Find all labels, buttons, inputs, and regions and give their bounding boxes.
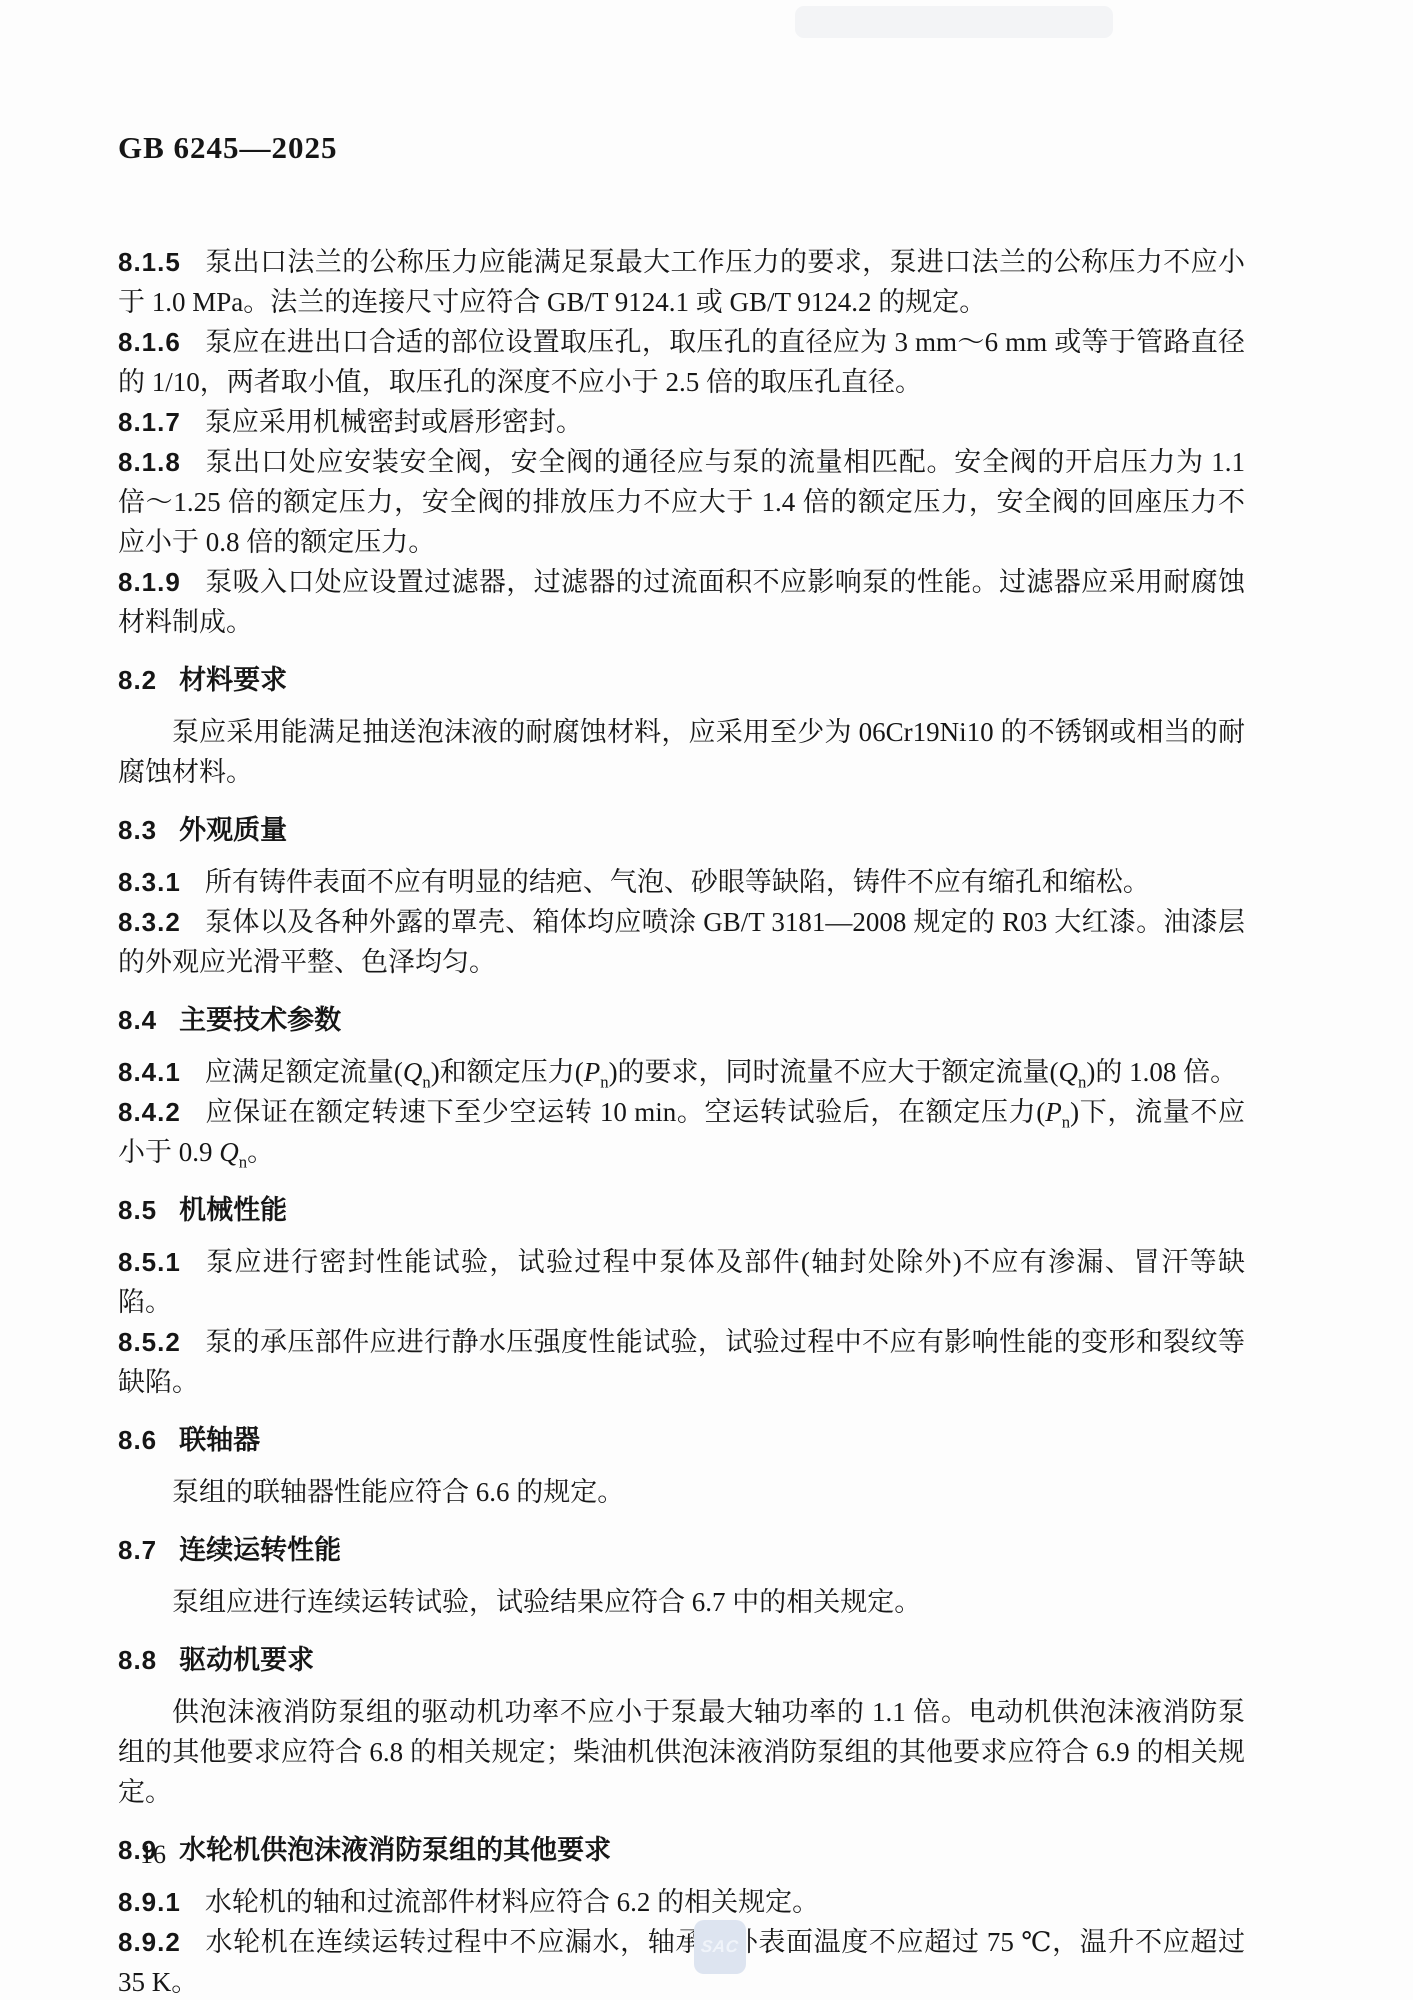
clause-text: 水轮机在连续运转过程中不应漏水，轴承座外表面温度不应超过 75 ℃，温升不应超过… — [118, 1927, 1245, 1997]
sac-watermark-logo: SAC — [694, 1920, 746, 1974]
clause-8.9.2: 8.9.2水轮机在连续运转过程中不应漏水，轴承座外表面温度不应超过 75 ℃，温… — [118, 1922, 1245, 2000]
section-heading-8.8: 8.8驱动机要求 — [118, 1640, 1245, 1680]
section-number: 8.2 — [118, 665, 157, 695]
section-number: 8.6 — [118, 1425, 157, 1455]
body-paragraph: 泵应采用能满足抽送泡沫液的耐腐蚀材料，应采用至少为 06Cr19Ni10 的不锈… — [118, 712, 1245, 792]
body-paragraph: 泵组的联轴器性能应符合 6.6 的规定。 — [118, 1472, 1245, 1512]
clause-text: 水轮机的轴和过流部件材料应符合 6.2 的相关规定。 — [205, 1887, 819, 1917]
section-heading-8.3: 8.3外观质量 — [118, 810, 1245, 850]
clause-8.1.5: 8.1.5泵出口法兰的公称压力应能满足泵最大工作压力的要求，泵进口法兰的公称压力… — [118, 242, 1245, 322]
clause-number: 8.1.5 — [118, 247, 181, 277]
clause-number: 8.5.2 — [118, 1327, 181, 1357]
section-title: 连续运转性能 — [179, 1535, 341, 1565]
section-title: 联轴器 — [179, 1425, 260, 1455]
section-number: 8.3 — [118, 815, 157, 845]
section-number: 8.4 — [118, 1005, 157, 1035]
clause-8.3.2: 8.3.2泵体以及各种外露的罩壳、箱体均应喷涂 GB/T 3181—2008 规… — [118, 902, 1245, 982]
clause-8.5.1: 8.5.1泵应进行密封性能试验，试验过程中泵体及部件(轴封处除外)不应有渗漏、冒… — [118, 1242, 1245, 1322]
section-title: 驱动机要求 — [179, 1645, 314, 1675]
clause-number: 8.9.1 — [118, 1887, 181, 1917]
clause-number: 8.1.8 — [118, 447, 181, 477]
section-heading-8.6: 8.6联轴器 — [118, 1420, 1245, 1460]
section-number: 8.8 — [118, 1645, 157, 1675]
clause-text: 泵体以及各种外露的罩壳、箱体均应喷涂 GB/T 3181—2008 规定的 R0… — [118, 907, 1245, 977]
clause-text: 所有铸件表面不应有明显的结疤、气泡、砂眼等缺陷，铸件不应有缩孔和缩松。 — [205, 867, 1150, 897]
clause-number: 8.4.1 — [118, 1057, 181, 1087]
body-paragraph: 泵组应进行连续运转试验，试验结果应符合 6.7 中的相关规定。 — [118, 1582, 1245, 1622]
clause-number: 8.1.7 — [118, 407, 181, 437]
clause-number: 8.5.1 — [118, 1247, 181, 1277]
clause-8.9.1: 8.9.1水轮机的轴和过流部件材料应符合 6.2 的相关规定。 — [118, 1882, 1245, 1922]
section-heading-8.7: 8.7连续运转性能 — [118, 1530, 1245, 1570]
body-paragraph: 供泡沫液消防泵组的驱动机功率不应小于泵最大轴功率的 1.1 倍。电动机供泡沫液消… — [118, 1692, 1245, 1812]
page-number: 16 — [140, 1840, 166, 1870]
section-title: 水轮机供泡沫液消防泵组的其他要求 — [179, 1835, 611, 1865]
section-heading-8.9: 8.9水轮机供泡沫液消防泵组的其他要求 — [118, 1830, 1245, 1870]
clause-text: 泵应进行密封性能试验，试验过程中泵体及部件(轴封处除外)不应有渗漏、冒汗等缺陷。 — [118, 1247, 1245, 1317]
section-heading-8.4: 8.4主要技术参数 — [118, 1000, 1245, 1040]
clause-8.3.1: 8.3.1所有铸件表面不应有明显的结疤、气泡、砂眼等缺陷，铸件不应有缩孔和缩松。 — [118, 862, 1245, 902]
clause-number: 8.1.9 — [118, 567, 181, 597]
clause-text: 应保证在额定转速下至少空运转 10 min。空运转试验后，在额定压力(Pn)下，… — [118, 1097, 1245, 1167]
clause-8.1.9: 8.1.9泵吸入口处应设置过滤器，过滤器的过流面积不应影响泵的性能。过滤器应采用… — [118, 562, 1245, 642]
clause-number: 8.1.6 — [118, 327, 181, 357]
clause-8.4.1: 8.4.1应满足额定流量(Qn)和额定压力(Pn)的要求，同时流量不应大于额定流… — [118, 1052, 1245, 1092]
section-heading-8.2: 8.2材料要求 — [118, 660, 1245, 700]
clause-text: 泵吸入口处应设置过滤器，过滤器的过流面积不应影响泵的性能。过滤器应采用耐腐蚀材料… — [118, 567, 1245, 637]
section-title: 外观质量 — [179, 815, 287, 845]
clause-number: 8.3.1 — [118, 867, 181, 897]
clause-text: 泵应采用机械密封或唇形密封。 — [205, 407, 583, 437]
document-content: GB 6245—2025 8.1.5泵出口法兰的公称压力应能满足泵最大工作压力的… — [118, 130, 1245, 2000]
clause-8.4.2: 8.4.2应保证在额定转速下至少空运转 10 min。空运转试验后，在额定压力(… — [118, 1092, 1245, 1172]
watermark-text: SAC — [700, 1937, 740, 1957]
document-body: 8.1.5泵出口法兰的公称压力应能满足泵最大工作压力的要求，泵进口法兰的公称压力… — [118, 242, 1245, 2000]
clause-text: 泵的承压部件应进行静水压强度性能试验，试验过程中不应有影响性能的变形和裂纹等缺陷… — [118, 1327, 1245, 1397]
section-number: 8.7 — [118, 1535, 157, 1565]
clause-8.1.6: 8.1.6泵应在进出口合适的部位设置取压孔，取压孔的直径应为 3 mm～6 mm… — [118, 322, 1245, 402]
clause-8.1.8: 8.1.8泵出口处应安装安全阀，安全阀的通径应与泵的流量相匹配。安全阀的开启压力… — [118, 442, 1245, 562]
clause-number: 8.3.2 — [118, 907, 181, 937]
clause-number: 8.9.2 — [118, 1927, 181, 1957]
section-heading-8.5: 8.5机械性能 — [118, 1190, 1245, 1230]
section-number: 8.5 — [118, 1195, 157, 1225]
clause-text: 泵出口法兰的公称压力应能满足泵最大工作压力的要求，泵进口法兰的公称压力不应小于 … — [118, 247, 1245, 317]
scan-smudge — [795, 6, 1113, 38]
clause-number: 8.4.2 — [118, 1097, 181, 1127]
section-title: 主要技术参数 — [179, 1005, 341, 1035]
section-title: 机械性能 — [179, 1195, 287, 1225]
document-page: GB 6245—2025 8.1.5泵出口法兰的公称压力应能满足泵最大工作压力的… — [0, 0, 1413, 2000]
clause-8.1.7: 8.1.7泵应采用机械密封或唇形密封。 — [118, 402, 1245, 442]
clause-text: 泵应在进出口合适的部位设置取压孔，取压孔的直径应为 3 mm～6 mm 或等于管… — [118, 327, 1245, 397]
clause-text: 泵出口处应安装安全阀，安全阀的通径应与泵的流量相匹配。安全阀的开启压力为 1.1… — [118, 447, 1245, 557]
section-title: 材料要求 — [179, 665, 287, 695]
clause-text: 应满足额定流量(Qn)和额定压力(Pn)的要求，同时流量不应大于额定流量(Qn)… — [205, 1057, 1237, 1087]
standard-code: GB 6245—2025 — [118, 130, 1245, 166]
clause-8.5.2: 8.5.2泵的承压部件应进行静水压强度性能试验，试验过程中不应有影响性能的变形和… — [118, 1322, 1245, 1402]
